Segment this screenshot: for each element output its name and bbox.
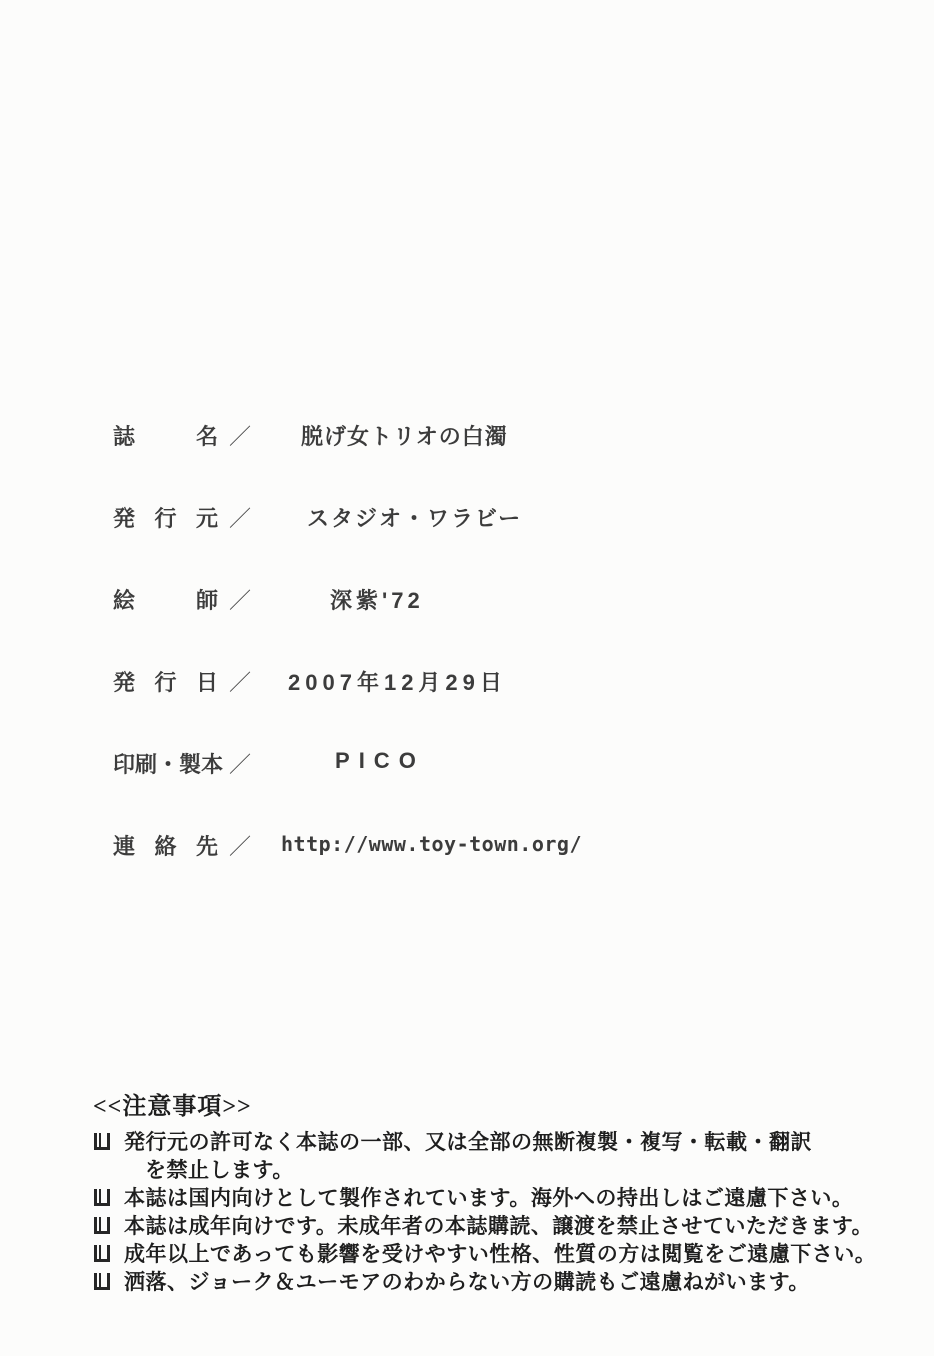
notice-section: <<注意事項>> 発行元の許可なく本誌の一部、又は全部の無断複製・複写・転載・翻… xyxy=(93,1086,893,1296)
field-value: 2007年12月29日 xyxy=(288,666,507,697)
row-printer: 印刷・製本 ／ PICO xyxy=(113,748,582,830)
separator-slash: ／ xyxy=(229,584,251,615)
field-value: PICO xyxy=(335,748,425,774)
empty-checkbox-icon xyxy=(94,1217,110,1234)
notice-item-text: 本誌は成年向けです。未成年者の本誌購読、譲渡を禁止させていただきます。 xyxy=(124,1212,873,1240)
field-label: 絵師 xyxy=(113,584,218,615)
scanned-colophon-page: 誌名 ／ 脱げ女トリオの白濁 発行元 ／ スタジオ・ワラビー 絵師 ／ 深紫'7… xyxy=(0,0,934,1356)
separator-slash: ／ xyxy=(229,830,251,861)
row-magazine-title: 誌名 ／ 脱げ女トリオの白濁 xyxy=(113,420,582,502)
notice-item-text: 洒落、ジョーク＆ユーモアのわからない方の購読もご遠慮ねがいます。 xyxy=(124,1268,810,1296)
notice-item: 本誌は成年向けです。未成年者の本誌購読、譲渡を禁止させていただきます。 xyxy=(93,1212,893,1240)
field-label: 印刷・製本 xyxy=(113,748,218,779)
notice-item-text: 本誌は国内向けとして製作されています。海外への持出しはご遠慮下さい。 xyxy=(124,1184,853,1212)
row-contact-url: 連絡先 ／ http://www.toy-town.org/ xyxy=(113,830,582,912)
notice-item: 成年以上であっても影響を受けやすい性格、性質の方は閲覧をご遠慮下さい。 xyxy=(93,1240,893,1268)
field-label: 誌名 xyxy=(113,420,218,451)
field-label: 連絡先 xyxy=(113,830,218,861)
empty-checkbox-icon xyxy=(94,1189,110,1206)
row-artist: 絵師 ／ 深紫'72 xyxy=(113,584,582,666)
field-label: 発行元 xyxy=(113,502,218,533)
separator-slash: ／ xyxy=(229,420,251,451)
separator-slash: ／ xyxy=(229,502,251,533)
separator-slash: ／ xyxy=(229,666,251,697)
notice-item: 洒落、ジョーク＆ユーモアのわからない方の購読もご遠慮ねがいます。 xyxy=(93,1268,893,1296)
field-label: 発行日 xyxy=(113,666,218,697)
notice-item: 本誌は国内向けとして製作されています。海外への持出しはご遠慮下さい。 xyxy=(93,1184,893,1212)
notice-item: 発行元の許可なく本誌の一部、又は全部の無断複製・複写・転載・翻訳 を禁止します。 xyxy=(93,1128,893,1184)
empty-checkbox-icon xyxy=(94,1133,110,1150)
row-publisher: 発行元 ／ スタジオ・ワラビー xyxy=(113,502,582,584)
empty-checkbox-icon xyxy=(94,1245,110,1262)
colophon-info-block: 誌名 ／ 脱げ女トリオの白濁 発行元 ／ スタジオ・ワラビー 絵師 ／ 深紫'7… xyxy=(113,420,582,912)
row-publish-date: 発行日 ／ 2007年12月29日 xyxy=(113,666,582,748)
field-value: 脱げ女トリオの白濁 xyxy=(301,420,508,451)
separator-slash: ／ xyxy=(229,748,251,779)
contact-url-text: http://www.toy-town.org/ xyxy=(281,830,582,856)
notice-item-text: 発行元の許可なく本誌の一部、又は全部の無断複製・複写・転載・翻訳 を禁止します。 xyxy=(124,1128,812,1184)
field-value: 深紫'72 xyxy=(330,584,424,615)
field-value: スタジオ・ワラビー xyxy=(307,502,522,533)
empty-checkbox-icon xyxy=(94,1273,110,1290)
notice-item-text: 成年以上であっても影響を受けやすい性格、性質の方は閲覧をご遠慮下さい。 xyxy=(124,1240,876,1268)
notice-heading: <<注意事項>> xyxy=(93,1086,893,1121)
